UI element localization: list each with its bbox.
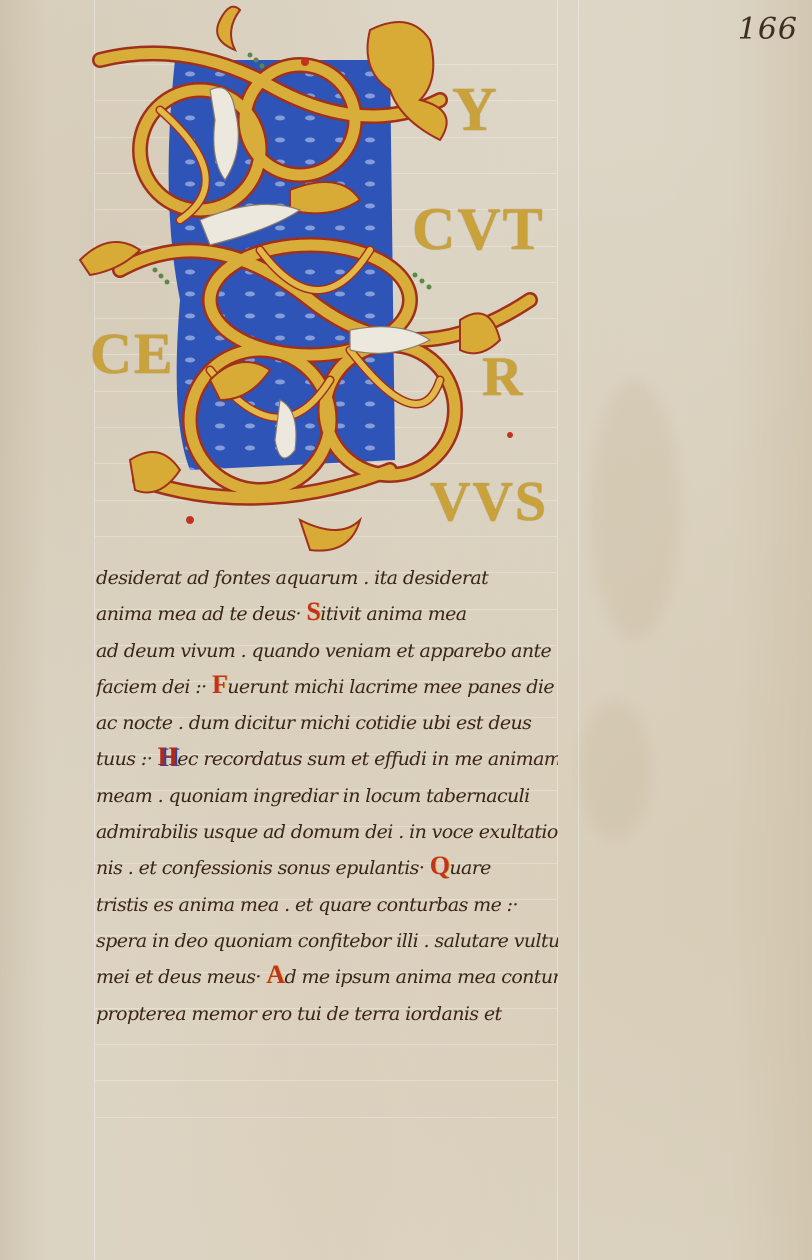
text-line: faciem dei :· Fuerunt michi lacrime mee …: [96, 667, 558, 703]
rubricated-initial: Q: [430, 851, 450, 880]
text-line: ad deum vivum . quando veniam et appareb…: [96, 631, 558, 667]
text-line: tristis es anima mea . et quare conturba…: [96, 885, 558, 921]
ruling-line: [95, 1044, 557, 1045]
text-line: propterea memor ero tui de terra iordani…: [96, 994, 558, 1030]
water-stain: [590, 380, 680, 640]
display-letters: VVS: [430, 470, 548, 534]
display-letters: CVT: [412, 195, 545, 264]
rubricated-initial: S: [306, 597, 320, 626]
display-letters: Y: [452, 75, 499, 146]
text-line: tuus :· Hec recordatus sum et effudi in …: [96, 739, 558, 775]
text-line: nis . et confessionis sonus epulantis· Q…: [96, 848, 558, 884]
text-line: anima mea ad te deus· Sitivit anima mea: [96, 594, 558, 630]
ruling-line: [578, 0, 579, 1260]
rubricated-initial: A: [266, 960, 284, 989]
water-stain: [580, 700, 650, 840]
text-line: desiderat ad fontes aquarum . ita deside…: [96, 558, 558, 594]
display-letters: CE: [90, 320, 175, 387]
text-line: meam . quoniam ingrediar in locum tabern…: [96, 776, 558, 812]
manuscript-page: 166: [0, 0, 812, 1260]
ruling-line: [95, 1080, 557, 1081]
text-line: spera in deo quoniam confitebor illi . s…: [96, 921, 558, 957]
rubricated-initial: F: [212, 670, 227, 699]
rubricated-initial: H: [158, 742, 178, 771]
text-column: desiderat ad fontes aquarum . ita deside…: [96, 558, 558, 1030]
text-line: mei et deus meus· Ad me ipsum anima mea …: [96, 957, 558, 993]
ruling-line: [95, 1117, 557, 1118]
text-line: ac nocte . dum dicitur michi cotidie ubi…: [96, 703, 558, 739]
text-line: admirabilis usque ad domum dei . in voce…: [96, 812, 558, 848]
folio-number: 166: [738, 12, 798, 47]
display-letters: R: [482, 345, 524, 409]
